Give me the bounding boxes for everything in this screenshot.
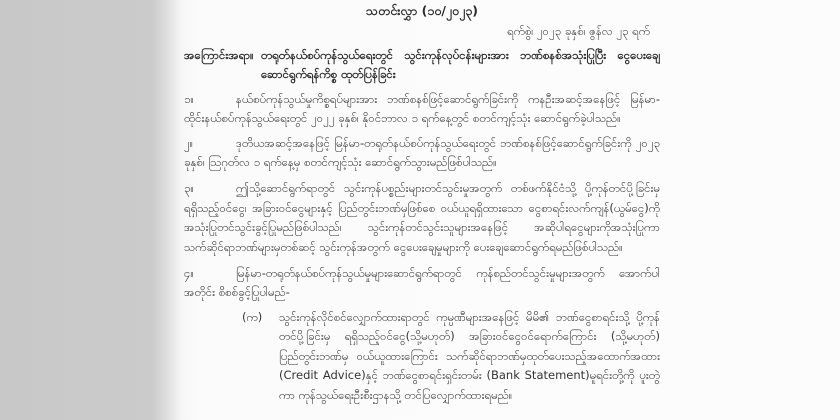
document-title: သတင်းလွှာ (၁၀/၂၀၂၃) [184,0,660,19]
paragraph: ၂။ဒုတိယအဆင့်အနေဖြင့် မြန်မာ-တရုတ်နယ်စပ်က… [184,134,660,173]
paragraph-text: မြန်မာ-တရုတ်နယ်စပ်ကုန်သွယ်မှုများဆောင်ရွ… [184,266,660,299]
sub-item-text: သွင်းကုန်လိုင်စင်လျှောက်ထားရာတွင် ကုမ္ပဏ… [279,308,660,405]
paragraph-text: နယ်စပ်ကုန်သွယ်မှုကိစ္စရပ်များအား ဘဏ်စနစ်… [184,92,660,125]
subject-text: တရုတ်နယ်စပ်ကုန်သွယ်ရေးတွင် သွင်းကုန်လုပ်… [261,46,660,85]
subject-block: အကြောင်းအရာ။ တရုတ်နယ်စပ်ကုန်သွယ်ရေးတွင် … [184,46,660,85]
paragraph-number: ၄။ [184,264,236,283]
paragraph-text: ဒုတိယအဆင့်အနေဖြင့် မြန်မာ-တရုတ်နယ်စပ်ကုန… [184,136,660,169]
paragraph: ၁။နယ်စပ်ကုန်သွယ်မှုကိစ္စရပ်များအား ဘဏ်စန… [184,90,660,129]
paragraph-number: ၃။ [184,179,236,198]
document-body: သတင်းလွှာ (၁၀/၂၀၂၃) ရက်စွဲ၊ ၂၀၂၃ ခုနှစ်၊… [184,0,660,405]
date-line: ရက်စွဲ၊ ၂၀၂၃ ခုနှစ်၊ ဇွန်လ ၂၃ ရက် [184,23,660,39]
paragraph-number: ၁။ [184,90,236,109]
paragraph-number: ၂။ [184,134,236,153]
paragraph-text: ဤသို့ဆောင်ရွက်ရာတွင် သွင်းကုန်ပစ္စည်းမျာ… [184,181,660,253]
paragraph: ၄။မြန်မာ-တရုတ်နယ်စပ်ကုန်သွယ်မှုများဆောင်… [184,264,660,303]
paragraph: ၃။ဤသို့ဆောင်ရွက်ရာတွင် သွင်းကုန်ပစ္စည်းမ… [184,179,660,257]
subject-label: အကြောင်းအရာ။ [184,46,261,85]
sub-item-label: (က) [242,308,279,405]
document-page: သတင်းလွှာ (၁၀/၂၀၂၃) ရက်စွဲ၊ ၂၀၂၃ ခုနှစ်၊… [170,0,840,420]
sub-item-ka: (က) သွင်းကုန်လိုင်စင်လျှောက်ထားရာတွင် ကု… [242,308,660,405]
